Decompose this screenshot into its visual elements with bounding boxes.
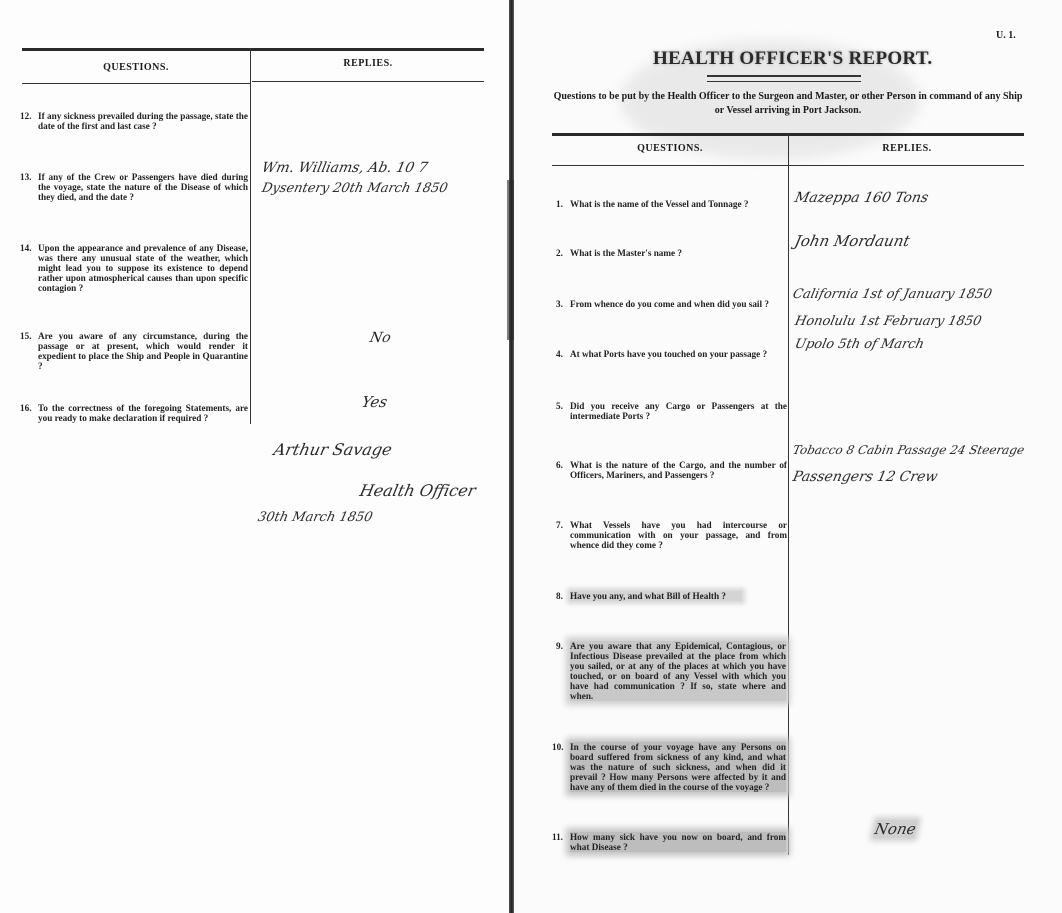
question-4: 4. At what Ports have you touched on you… — [570, 349, 788, 359]
question-7: 7. What Vessels have you had intercourse… — [570, 520, 787, 550]
column-divider — [250, 48, 251, 424]
reply-3: California 1st of January 1850 — [791, 287, 993, 302]
questions-header: QUESTIONS. — [22, 62, 250, 73]
question-5: 5. Did you receive any Cargo or Passenge… — [570, 401, 787, 421]
question-10: 10. In the course of your voyage have an… — [570, 742, 786, 792]
question-8: 8. Have you any, and what Bill of Health… — [570, 591, 742, 601]
question-1: 1. What is the name of the Vessel and To… — [570, 199, 785, 209]
questions-header-right: QUESTIONS. — [552, 143, 788, 154]
replies-header-right: REPLIES. — [790, 143, 1024, 154]
header-rule-replies — [252, 81, 484, 82]
signature-date: 30th March 1850 — [256, 510, 374, 525]
question-6: 6. What is the nature of the Cargo, and … — [570, 460, 787, 480]
reply-11: None — [873, 820, 918, 838]
reply-13-line1: Wm. Williams, Ab. 10 7 — [260, 160, 429, 176]
top-rule — [22, 48, 484, 51]
question-15: 15. Are you aware of any circumstance, d… — [38, 331, 248, 371]
column-divider-right — [788, 133, 789, 855]
page-reference: U. 1. — [996, 30, 1016, 41]
question-3: 3. From whence do you come and when did … — [570, 299, 788, 309]
reply-4-line1: Honolulu 1st February 1850 — [793, 314, 982, 329]
header-rule — [22, 83, 250, 84]
reply-6-line1: Tobacco 8 Cabin Passage 24 Steerage — [792, 443, 1026, 457]
reply-15: No — [368, 330, 392, 346]
reply-16: Yes — [360, 393, 389, 411]
reply-2: John Mordaunt — [793, 232, 911, 250]
question-11: 11. How many sick have you now on board,… — [570, 832, 786, 852]
reply-4-line2: Upolo 5th of March — [793, 337, 925, 352]
reply-6-line2: Passengers 12 Crew — [791, 469, 939, 485]
question-14: 14. Upon the appearance and prevalence o… — [38, 243, 248, 293]
signature-name: Arthur Savage — [272, 440, 394, 459]
signature-title: Health Officer — [358, 481, 478, 500]
question-13: 13. If any of the Crew or Passengers hav… — [38, 172, 248, 202]
question-12: 12. If any sickness prevailed during the… — [38, 111, 248, 131]
question-2: 2. What is the Master's name ? — [570, 248, 785, 258]
question-9: 9. Are you aware that any Epidemical, Co… — [570, 641, 786, 701]
reply-1: Mazeppa 160 Tons — [793, 190, 930, 206]
left-page: QUESTIONS. REPLIES. 12. If any sickness … — [0, 0, 510, 913]
title-underline — [707, 75, 861, 82]
reply-13-line2: Dysentery 20th March 1850 — [260, 181, 449, 196]
report-subtitle: Questions to be put by the Health Office… — [552, 90, 1024, 118]
report-title: HEALTH OFFICER'S REPORT. — [653, 48, 932, 70]
replies-header: REPLIES. — [252, 58, 484, 69]
question-16: 16. To the correctness of the foregoing … — [38, 403, 248, 423]
